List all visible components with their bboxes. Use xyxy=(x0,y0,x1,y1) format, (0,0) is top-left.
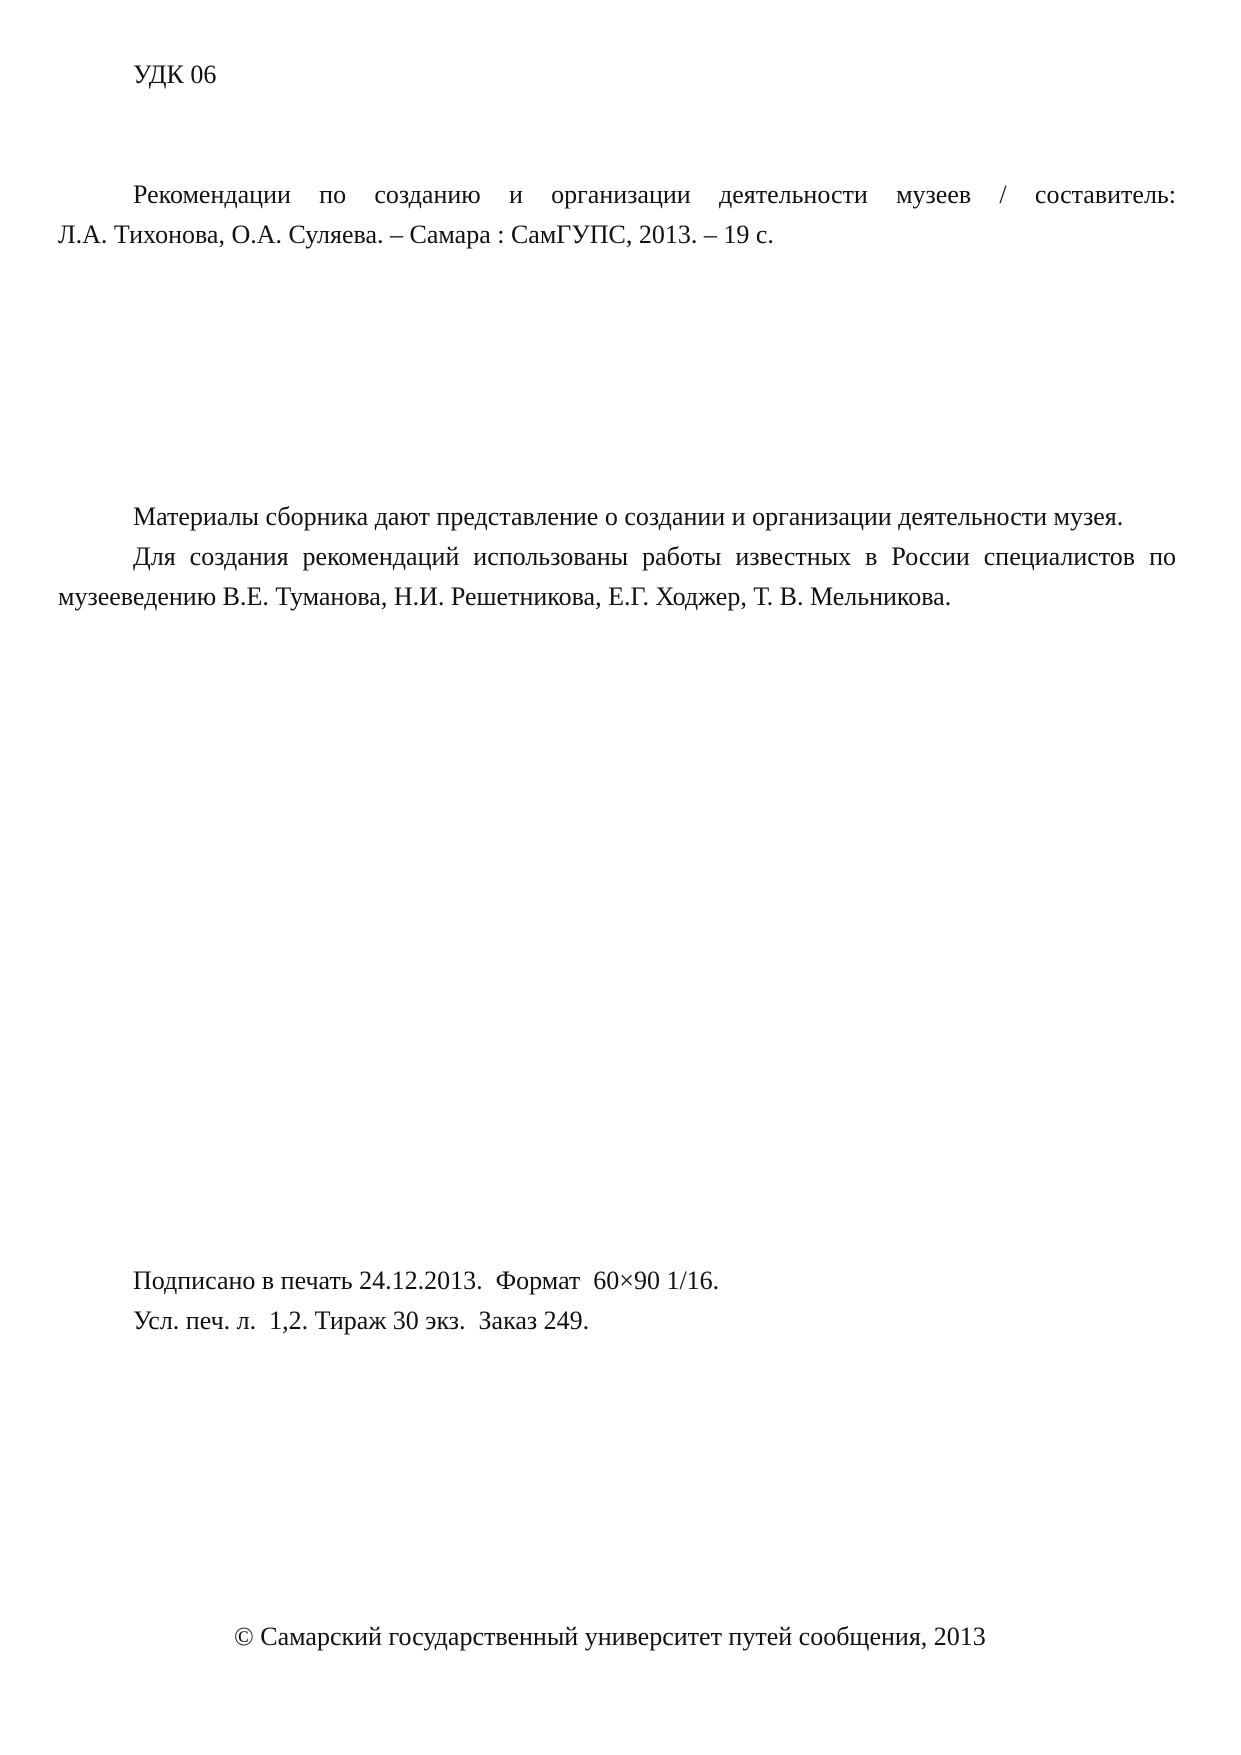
annotation: Материалы сборника дают представление о … xyxy=(58,497,1176,617)
annotation-paragraph-2: Для создания рекомендаций использованы р… xyxy=(58,537,1176,617)
udk-code: УДК 06 xyxy=(133,55,1241,95)
bibliographic-line-1: Рекомендации по созданию и организации д… xyxy=(58,175,1176,215)
copyright-notice: © Самарский государственный университет … xyxy=(234,1617,1134,1657)
bibliographic-record: Рекомендации по созданию и организации д… xyxy=(58,175,1176,255)
bibliographic-line-2: Л.А. Тихонова, О.А. Суляева. – Самара : … xyxy=(58,215,1176,255)
annotation-paragraph-1: Материалы сборника дают представление о … xyxy=(58,497,1176,537)
imprint-line-1: Подписано в печать 24.12.2013. Формат 60… xyxy=(133,1261,1033,1301)
imprint-details: Подписано в печать 24.12.2013. Формат 60… xyxy=(133,1261,1033,1341)
imprint-line-2: Усл. печ. л. 1,2. Тираж 30 экз. Заказ 24… xyxy=(133,1301,1033,1341)
